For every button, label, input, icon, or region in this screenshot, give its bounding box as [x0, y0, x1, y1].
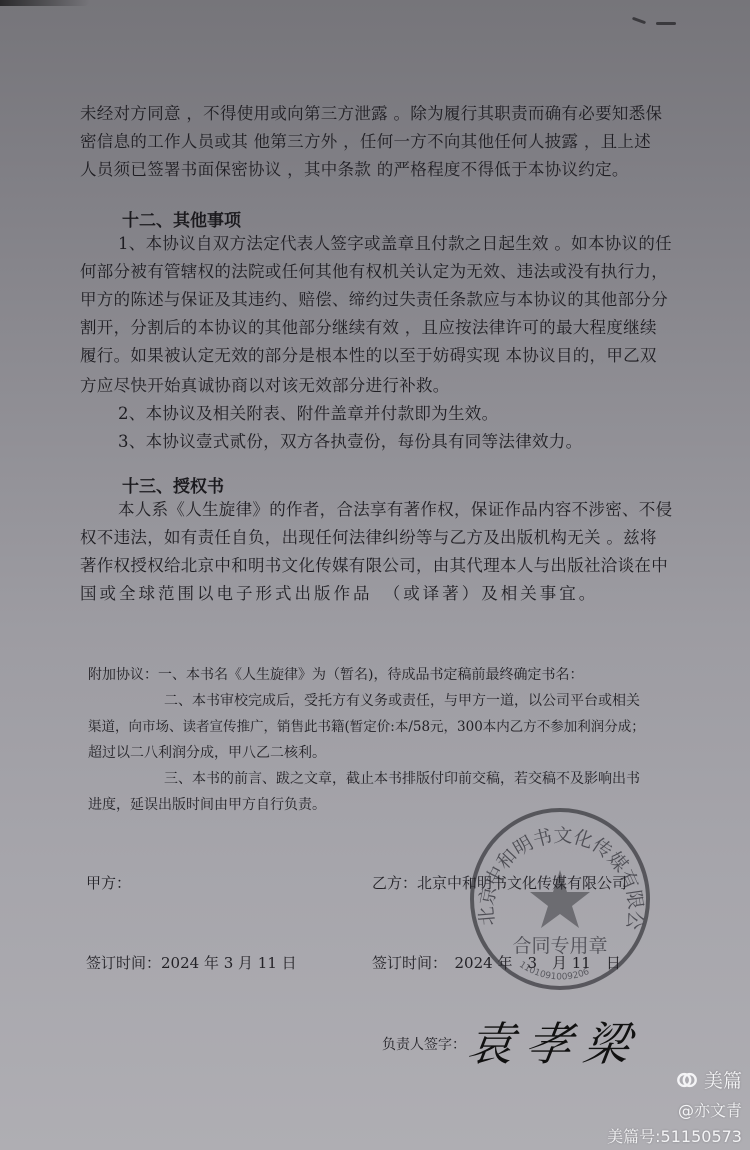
party-a-label: 甲方： — [86, 872, 131, 893]
paragraph-line: 未经对方同意 ，不得使用或向第三方泄露 。除为履行其职责而确有必要知悉保 — [80, 100, 662, 128]
section-12-line: 履行。如果被认定无效的部分是根本性的以至于妨碍实现 本协议目的，甲乙双 — [80, 342, 657, 370]
section-12-line: 方应尽快开始真诚协商以对该无效部分进行补救。 — [80, 372, 450, 400]
addendum-line: 三、本书的前言、跋之文章，截止本书排版付印前交稿，若交稿不及影响出书 — [164, 766, 640, 792]
section-13-line: 本人系《人生旋律》的作者，合法享有著作权，保证作品内容不涉密、不侵 — [118, 496, 672, 524]
section-12-line: 割开，分割后的本协议的其他部分继续有效 ，且应按法律许可的最大程度继续 — [80, 314, 657, 342]
section-12-line: 1、本协议自双方法定代表人签字或盖章且付款之日起生效 。如本协议的任 — [118, 230, 672, 258]
addendum-line: 超过以二八利润分成，甲八乙二核利。 — [88, 740, 326, 766]
paragraph-line: 密信息的工作人员或其 他第三方外 ，任何一方不向其他任何人披露 ，且上述 — [80, 128, 651, 156]
section-13-heading: 十三、授权书 — [122, 472, 224, 497]
watermark-brand-name: 美篇 — [704, 1070, 742, 1092]
watermark-id: 美篇号:51150573 — [607, 1124, 742, 1147]
section-12-line: 何部分被有管辖权的法院或任何其他有权机关认定为无效、违法或没有执行力， — [80, 258, 668, 286]
section-13-line: 国或全球范围以电子形式出版作品 （或译著）及相关事宜。 — [80, 580, 598, 608]
watermark-author: @亦文青 — [678, 1098, 742, 1121]
ink-marks — [632, 17, 682, 29]
section-12-line: 2、本协议及相关附表、附件盖章并付款即为生效。 — [118, 400, 498, 428]
addendum-line: 二、本书审校完成后，受托方有义务或责任，与甲方一道，以公司平台或相关 — [164, 688, 640, 714]
paragraph-line: 人员须已签署书面保密协议 ，其中条款 的严格程度不得低于本协议约定。 — [80, 156, 629, 184]
addendum-line: 进度，延误出版时间由甲方自行负责。 — [88, 792, 326, 818]
addendum-line: 附加协议：一、本书名《人生旋律》为（暂名)，待成品书定稿前最终确定书名： — [88, 662, 583, 688]
page-edge-shadow — [0, 0, 90, 6]
section-13-line: 权不违法，如有责任自负，出现任何法律纠纷等与乙方及出版机构无关 。兹将 — [80, 524, 657, 552]
section-12-line: 甲方的陈述与保证及其违约、赔偿、缔约过失责任条款应与本协议的其他部分分 — [80, 286, 668, 314]
addendum-line: 渠道，向市场、读者宣传推广，销售此书籍(暂定价:本/58元，300本内乙方不参加… — [88, 714, 645, 740]
meipian-logo-icon — [676, 1069, 698, 1091]
responsible-signature-label: 负责人签字： — [382, 1034, 466, 1054]
party-b-label: 乙方：北京中和明书文化传媒有限公司 — [372, 872, 627, 893]
party-a-sign-date: 签订时间：2024 年 3 月 11 日 — [86, 952, 297, 973]
section-12-line: 3、本协议壹式贰份，双方各执壹份，每份具有同等法律效力。 — [118, 428, 582, 456]
section-13-line: 著作权授权给北京中和明书文化传媒有限公司，由其代理本人与出版社洽谈在中 — [80, 552, 668, 580]
watermark-brand: 美篇 — [676, 1066, 742, 1093]
handwritten-signature: 袁孝梁 — [463, 1008, 646, 1074]
section-12-heading: 十二、其他事项 — [122, 206, 241, 231]
party-b-sign-date: 签订时间： 2024 年 3 月 11 日 — [372, 952, 621, 973]
